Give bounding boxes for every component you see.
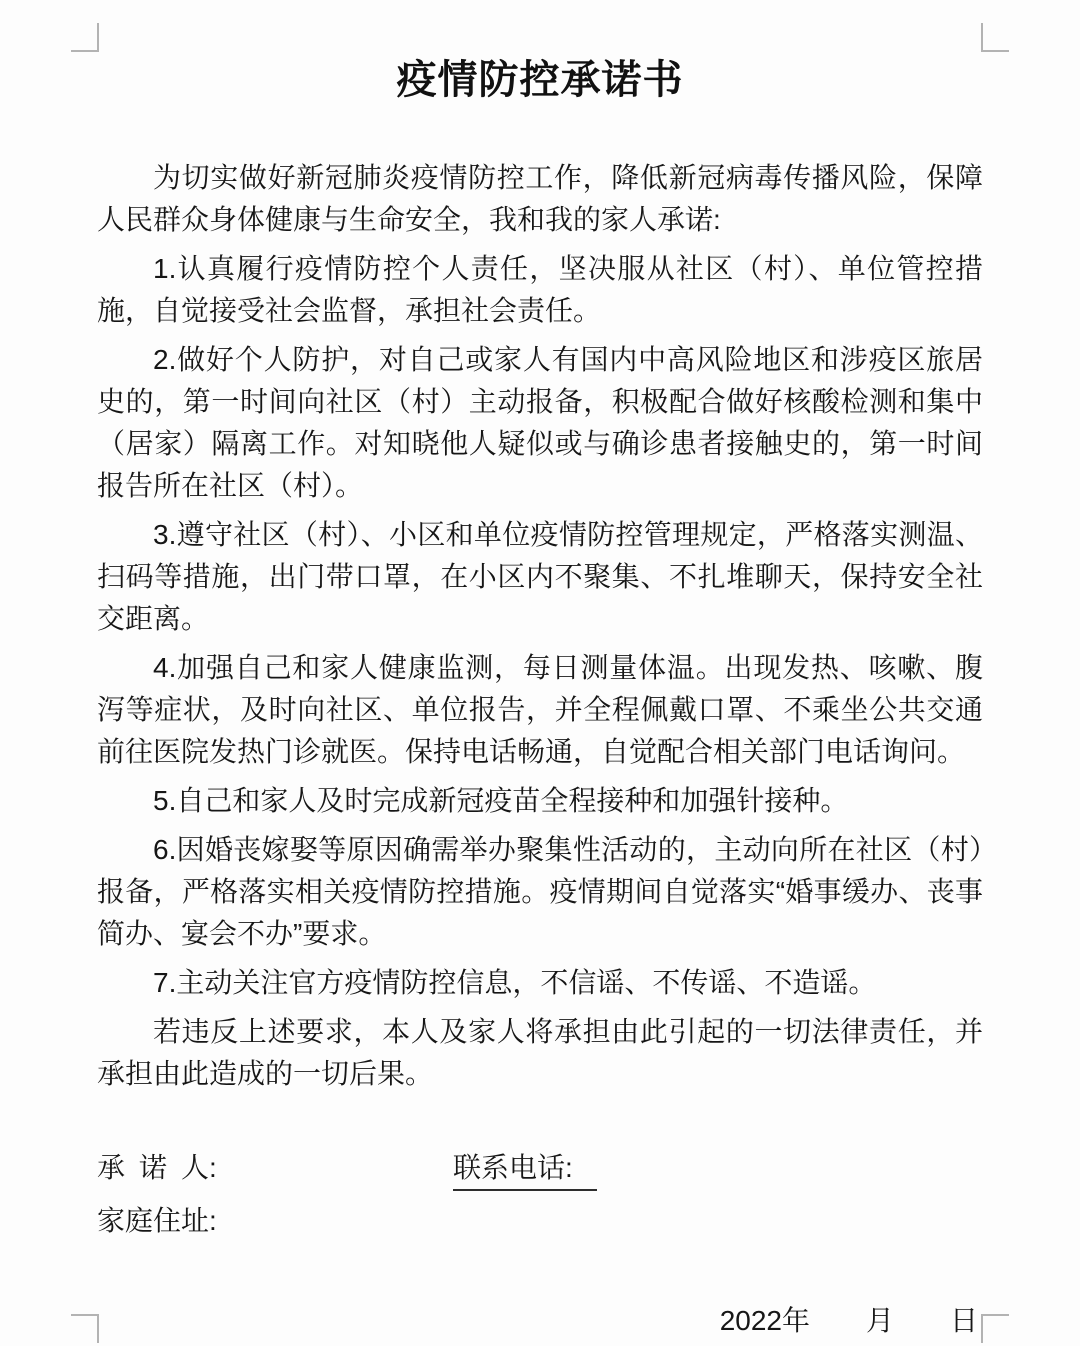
paragraph-item-1: 1.认真履行疫情防控个人责任，坚决服从社区（村）、单位管控措施，自觉接受社会监督… — [97, 248, 983, 332]
phone-label: 联系电话: — [453, 1152, 573, 1183]
promiser-label: 承 诺 人: — [97, 1147, 453, 1189]
paragraph-item-6: 6.因婚丧嫁娶等原因确需举办聚集性活动的，主动向所在社区（村）报备，严格落实相关… — [97, 829, 983, 955]
crop-mark-bottom-left-icon — [71, 1314, 99, 1343]
paragraph-item-2: 2.做好个人防护，对自己或家人有国内中高风险地区和涉疫区旅居史的，第一时间向社区… — [97, 339, 983, 507]
signature-block: 承 诺 人: 联系电话: 家庭住址: — [97, 1147, 983, 1242]
crop-mark-top-right-icon — [981, 23, 1009, 52]
paragraph-item-3: 3.遵守社区（村）、小区和单位疫情防控管理规定，严格落实测温、扫码等措施，出门带… — [97, 514, 983, 640]
paragraph-item-7: 7.主动关注官方疫情防控信息，不信谣、不传谣、不造谣。 — [97, 962, 983, 1004]
paragraph-item-5: 5.自己和家人及时完成新冠疫苗全程接种和加强针接种。 — [97, 780, 983, 822]
phone-blank-field: 联系电话: — [453, 1147, 597, 1191]
promiser-phone-row: 承 诺 人: 联系电话: — [97, 1147, 983, 1191]
page-title: 疫情防控承诺书 — [0, 0, 1080, 105]
crop-mark-top-left-icon — [71, 23, 99, 52]
paragraph-item-4: 4.加强自己和家人健康监测，每日测量体温。出现发热、咳嗽、腹泻等症状，及时向社区… — [97, 647, 983, 773]
address-label: 家庭住址: — [97, 1205, 217, 1236]
date-line: 2022年 月 日 — [0, 1300, 1080, 1342]
document-body: 为切实做好新冠肺炎疫情防控工作，降低新冠病毒传播风险，保障人民群众身体健康与生命… — [97, 157, 983, 1095]
paragraph-intro: 为切实做好新冠肺炎疫情防控工作，降低新冠病毒传播风险，保障人民群众身体健康与生命… — [97, 157, 983, 241]
address-row: 家庭住址: — [97, 1200, 983, 1242]
document-page: 疫情防控承诺书 为切实做好新冠肺炎疫情防控工作，降低新冠病毒传播风险，保障人民群… — [0, 0, 1080, 1346]
crop-mark-bottom-right-icon — [981, 1314, 1009, 1343]
paragraph-liability: 若违反上述要求，本人及家人将承担由此引起的一切法律责任，并承担由此造成的一切后果… — [97, 1011, 983, 1095]
